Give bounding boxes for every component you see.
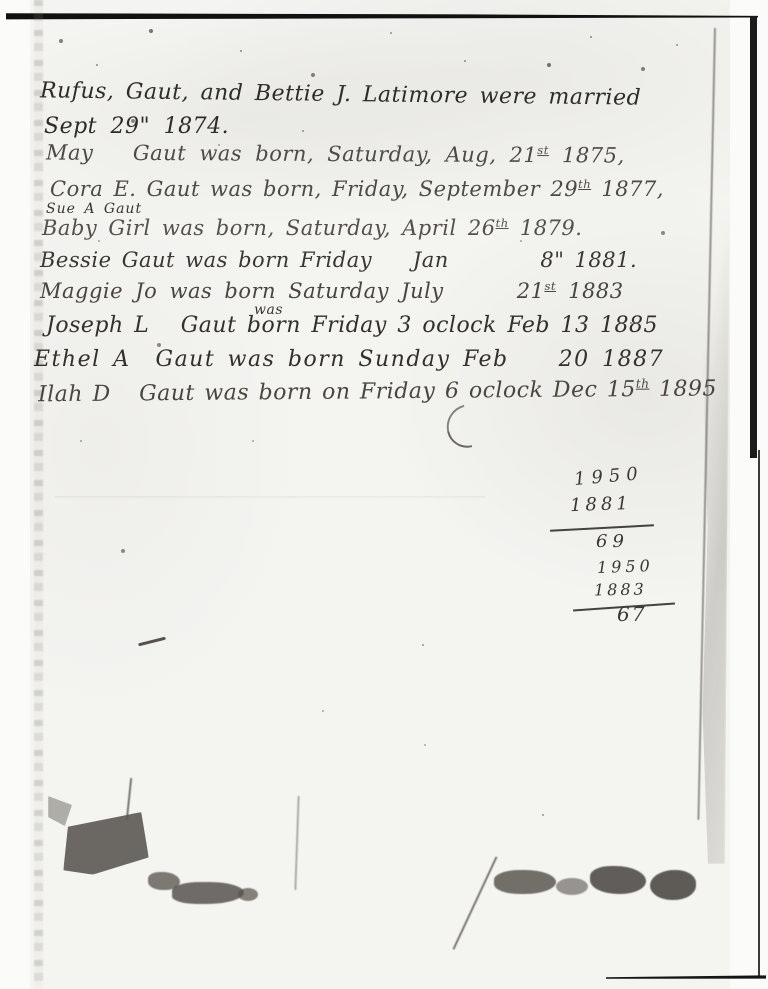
- torn-edge-blob: [556, 878, 588, 895]
- torn-edge-blob: [590, 866, 646, 894]
- line-birth-ethel: Ethel A Gaut was born Sunday Feb 20 1887: [34, 349, 664, 371]
- calc2-subtrahend: 1883: [594, 580, 647, 600]
- torn-edge-blob: [494, 870, 556, 894]
- photocopy-right-edge-bar: [750, 16, 757, 458]
- calc2-minuend: 1950: [597, 556, 654, 577]
- paper-left-torn-edge: [34, 0, 43, 989]
- line-birth-ilah: Ilah D Gaut was born on Friday 6 oclock …: [38, 377, 717, 406]
- scanned-document: Rufus, Gaut, and Bettie J. Latimore were…: [0, 0, 768, 989]
- line-birth-maggie: Maggie Jo was born Saturday July 21st 18…: [40, 281, 624, 302]
- annotation-sue-a-gaut: Sue A Gaut: [46, 202, 142, 216]
- line-birth-may: May Gaut was born, Saturday, Aug, 21st 1…: [46, 142, 625, 166]
- calc1-subtrahend: 1881: [570, 493, 633, 516]
- calc2-result: 67: [617, 602, 646, 626]
- line-marriage-date: Sept 29" 1874.: [44, 116, 229, 138]
- line-birth-cora: Cora E. Gaut was born, Friday, September…: [50, 179, 664, 200]
- torn-edge-blob: [650, 870, 696, 900]
- torn-edge-blob: [238, 888, 258, 901]
- line-birth-joseph: Joseph L Gaut born Friday 3 oclock Feb 1…: [46, 315, 658, 337]
- calc1-result: 69: [596, 531, 629, 552]
- photocopy-right-edge-line: [758, 450, 760, 978]
- line-birth-baby-girl: Baby Girl was born, Saturday, April 26th…: [42, 218, 582, 239]
- paper-specks: [0, 0, 2, 2]
- paper-crease: [55, 496, 485, 499]
- line-birth-bessie: Bessie Gaut was born Friday Jan 8" 1881.: [40, 250, 637, 271]
